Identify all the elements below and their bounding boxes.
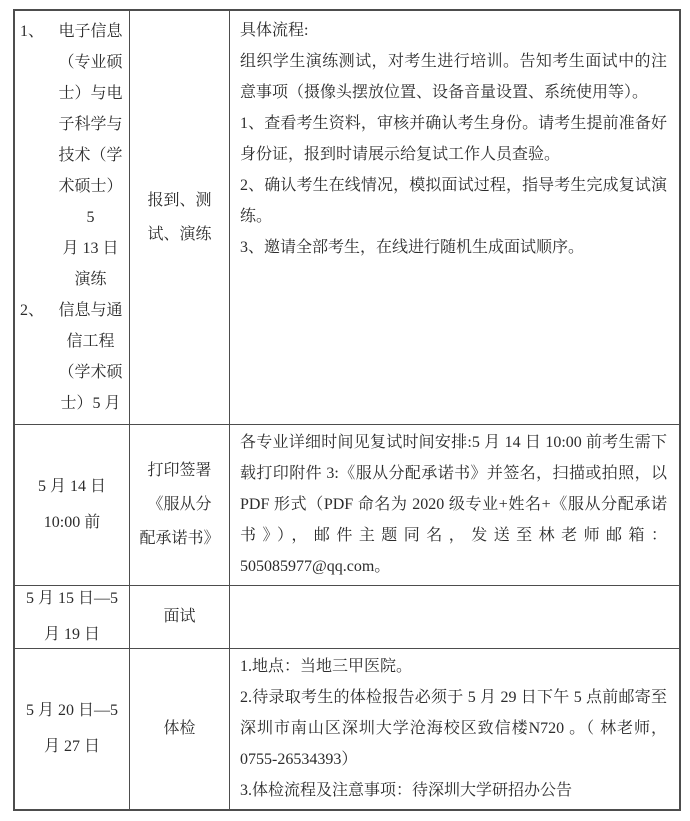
row3-details-cell	[230, 586, 679, 649]
detail-paragraph: 具体流程:	[240, 15, 667, 46]
item-1-marker: 1、	[15, 16, 56, 295]
item-2-marker: 2、	[15, 295, 56, 425]
detail-paragraph: 1.地点：当地三甲医院。	[240, 651, 667, 682]
document-page: 1、 电子信息 （专业硕 士）与电 子科学与 技术（学 术硕士）5 月 13 日…	[0, 0, 690, 811]
detail-paragraph: 各专业详细时间见复试时间安排:5 月 14 日 10:00 前考生需下载打印附件…	[240, 427, 667, 582]
row1-schedule-cell: 1、 电子信息 （专业硕 士）与电 子科学与 技术（学 术硕士）5 月 13 日…	[15, 11, 130, 425]
row2-stage-label: 打印签署 《服从分 配承诺书》	[139, 454, 219, 556]
item-1-text: 电子信息 （专业硕 士）与电 子科学与 技术（学 术硕士）5 月 13 日 演练	[56, 16, 129, 295]
row3-stage-cell: 面试	[130, 586, 230, 649]
schedule-table: 1、 电子信息 （专业硕 士）与电 子科学与 技术（学 术硕士）5 月 13 日…	[13, 9, 681, 811]
row4-schedule-cell: 5 月 20 日—5 月 27 日	[15, 649, 130, 809]
row1-details-cell: 具体流程: 组织学生演练测试，对考生进行培训。告知考生面试中的注意事项（摄像头摆…	[230, 11, 679, 425]
row2-stage-cell: 打印签署 《服从分 配承诺书》	[130, 425, 230, 586]
detail-paragraph: 3.体检流程及注意事项：待深圳大学研招办公告	[240, 775, 667, 806]
row4-stage-cell: 体检	[130, 649, 230, 809]
row1-stage-label: 报到、测 试、演练	[147, 184, 211, 252]
row3-schedule-label: 5 月 15 日—5 月 19 日	[26, 586, 118, 649]
item-2-text: 信息与通 信工程 （学术硕 士）5 月 18 日演练	[56, 295, 129, 425]
row3-stage-label: 面试	[163, 600, 195, 634]
detail-paragraph: 2.待录取考生的体检报告必须于 5 月 29 日下午 5 点前邮寄至深圳市南山区…	[240, 682, 667, 775]
row1-stage-cell: 报到、测 试、演练	[130, 11, 230, 425]
row2-schedule-cell: 5 月 14 日 10:00 前	[15, 425, 130, 586]
program-item-1: 1、 电子信息 （专业硕 士）与电 子科学与 技术（学 术硕士）5 月 13 日…	[15, 16, 129, 295]
program-item-2: 2、 信息与通 信工程 （学术硕 士）5 月 18 日演练	[15, 295, 129, 425]
row2-details-cell: 各专业详细时间见复试时间安排:5 月 14 日 10:00 前考生需下载打印附件…	[230, 425, 679, 586]
row4-schedule-label: 5 月 20 日—5 月 27 日	[26, 693, 118, 765]
row2-schedule-label: 5 月 14 日 10:00 前	[38, 469, 106, 541]
detail-paragraph: 组织学生演练测试，对考生进行培训。告知考生面试中的注意事项（摄像头摆放位置、设备…	[240, 46, 667, 108]
row4-details-cell: 1.地点：当地三甲医院。 2.待录取考生的体检报告必须于 5 月 29 日下午 …	[230, 649, 679, 809]
row3-schedule-cell: 5 月 15 日—5 月 19 日	[15, 586, 130, 649]
detail-paragraph: 3、邀请全部考生，在线进行随机生成面试顺序。	[240, 232, 667, 263]
detail-paragraph: 1、查看考生资料，审核并确认考生身份。请考生提前准备好身份证，报到时请展示给复试…	[240, 108, 667, 170]
row4-stage-label: 体检	[163, 712, 195, 746]
detail-paragraph: 2、确认考生在线情况，模拟面试过程，指导考生完成复试演练。	[240, 170, 667, 232]
